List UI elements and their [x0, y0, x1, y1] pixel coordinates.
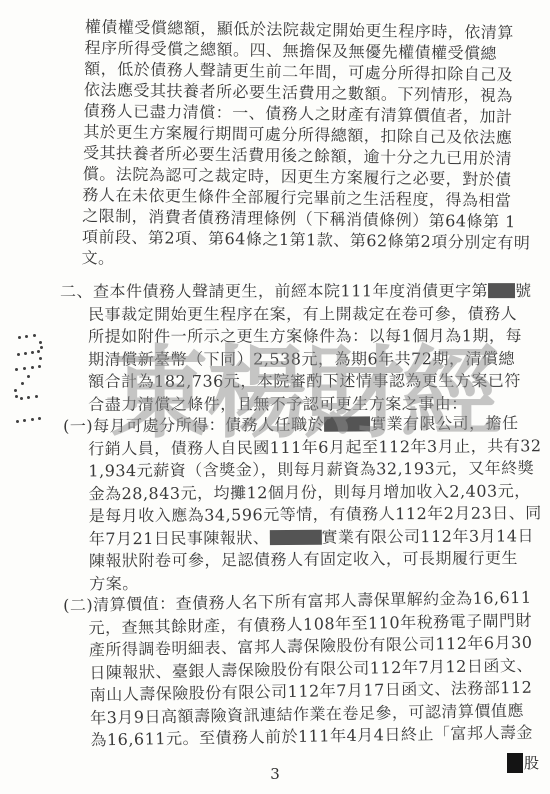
doc-line: 二、查本件債務人聲請更生，前經本院111年度消債更字第號 — [60, 280, 550, 303]
doc-text: 陳報狀附卷可參，足認債務人有固定收入，可長期履行更生 — [89, 548, 518, 570]
document-page: 東楊財經 權債權受償總額，顯低於法院裁定開始更生程序時，依清算程序所得受償之總額… — [0, 0, 550, 794]
doc-text: 是每月收入應為34,596元等情，有債務人112年2月23日、同 — [89, 503, 542, 525]
redaction-box — [269, 529, 321, 544]
doc-text: 實業有限公司112年3月14日 — [321, 526, 534, 546]
text-block: 二、查本件債務人聲請更生，前經本院111年度消債更字第號民事裁定開始更生程序在案… — [0, 280, 550, 416]
document-body: 權債權受償總額，顯低於法院裁定開始更生程序時，依清算程序所得受償之總額。四、無擔… — [0, 0, 550, 754]
redaction-box — [488, 283, 515, 298]
doc-text: 合盡力清償之條件，且無不予認可更生方案之事由： — [88, 394, 468, 414]
text-block: (一)每月可處分所得：債務人任職於實業有限公司，擔任行銷人員，債務人自民國111… — [0, 412, 550, 596]
doc-text: 實業有限公司，擔任 — [370, 413, 519, 433]
doc-text: 額合計為182,736元，本院審酌下述情事認為更生方案已符 — [88, 371, 521, 391]
redaction-box — [507, 753, 523, 773]
text-block: (二)清算價值：查債務人名下所有富邦人壽保單解約金為16,611元，查無其餘財產… — [0, 586, 550, 753]
stamp-suffix: 股 — [524, 752, 539, 773]
doc-line: 民事裁定開始更生程序在案，有上開裁定在卷可參，債務人 — [88, 303, 550, 326]
doc-line: 額合計為182,736元，本院審酌下述情事認為更生方案已符 — [88, 370, 550, 393]
doc-line: 期清償新臺幣（下同）2,538元，為期6年共72期，清償總 — [88, 348, 550, 371]
doc-line: 金為28,843元，均攤12個月份，則每月增加收入2,403元， — [88, 480, 550, 506]
doc-line: 年7月21日民事陳報狀、實業有限公司112年3月14日 — [89, 525, 550, 551]
doc-text: 年7月21日民事陳報狀、 — [89, 528, 270, 548]
doc-text: 1,934元薪資（含獎金），則每月薪資為32,193元，又年終獎 — [88, 458, 534, 480]
doc-text: (一)每月可處分所得：債務人任職於 — [63, 415, 324, 436]
doc-text: 號 — [515, 281, 532, 300]
text-block: 權債權受償總額，顯低於法院裁定開始更生程序時，依清算程序所得受償之總額。四、無擔… — [0, 15, 550, 275]
page-number: 3 — [0, 765, 550, 783]
clerk-division-stamp: 股 — [507, 752, 539, 773]
doc-line: 陳報狀附卷可參，足認債務人有固定收入，可長期履行更生 — [89, 547, 550, 573]
doc-text: 民事裁定開始更生程序在案，有上開裁定在卷可參，債務人 — [88, 304, 517, 324]
doc-text: 方案。 — [89, 574, 139, 593]
doc-text: 二、查本件債務人聲請更生，前經本院111年度消債更字第 — [60, 281, 488, 301]
doc-text: 所提如附件一所示之更生方案條件為：以每1個月為1期，每 — [88, 326, 522, 346]
redaction-box — [324, 416, 370, 431]
doc-line: 1,934元薪資（含獎金），則每月薪資為32,193元，又年終獎 — [88, 457, 550, 483]
doc-line: 所提如附件一所示之更生方案條件為：以每1個月為1期，每 — [88, 325, 550, 348]
doc-text: 金為28,843元，均攤12個月份，則每月增加收入2,403元， — [88, 481, 530, 503]
doc-text: 期清償新臺幣（下同）2,538元，為期6年共72期，清償總 — [88, 349, 515, 369]
doc-text: 行銷人員，債務人自民國111年6月起至112年3月止，共有32 — [88, 436, 541, 458]
doc-text: 文。 — [81, 248, 114, 267]
doc-line: 行銷人員，債務人自民國111年6月起至112年3月止，共有32 — [88, 435, 550, 461]
doc-line: 是每月收入應為34,596元等情，有債務人112年2月23日、同 — [89, 502, 550, 528]
doc-line: (一)每月可處分所得：債務人任職於實業有限公司，擔任 — [63, 412, 550, 438]
